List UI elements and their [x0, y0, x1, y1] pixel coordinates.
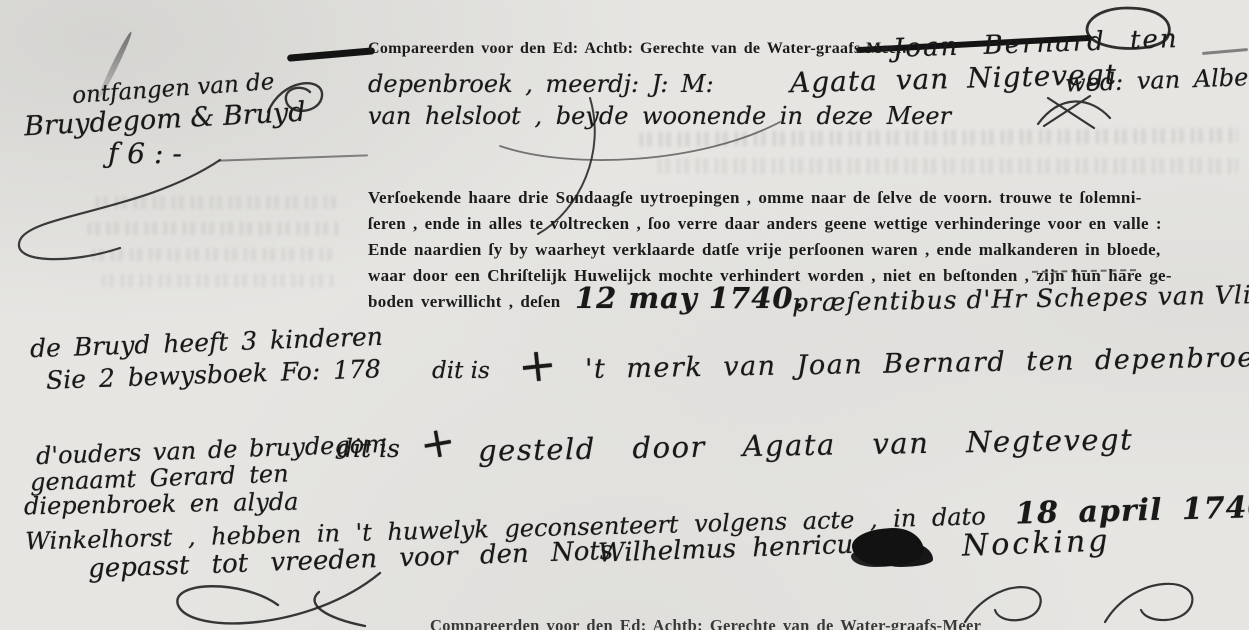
body-line-5-printed: boden verwillicht , deſen [368, 292, 561, 312]
ink-blot [852, 528, 924, 566]
bleedthrough-ghost-left-4 [102, 274, 334, 287]
body-line-2: ſeren , ende in alles te voltrecken , ſo… [368, 214, 1162, 234]
groom-name-handwritten: Joan Bernard ten [893, 24, 1180, 64]
body-line-3: Ende naardien ſy by waarheyt verklaarde … [368, 240, 1161, 260]
groom-mark-cross: + [515, 336, 559, 394]
bride-mark-text: gesteld door Agata van Negtevegt [478, 422, 1134, 467]
header-line2-widow-of: wed: van Albert [1065, 62, 1249, 97]
body-line-1: Verſoekende haare drie Sondaagſe uytroep… [368, 188, 1142, 208]
groom-mark-prefix: dit is [432, 358, 490, 384]
printed-intro-line: Compareerden voor den Ed: Achtb: Gerecht… [368, 40, 907, 58]
trailing-dash-after-ten [1202, 48, 1248, 55]
heavy-dash-before-intro [287, 47, 375, 62]
margin-fee-note-line2: Bruydegom & Bruyd [23, 97, 306, 143]
header-line2-groom-surname: depenbroek , meerdj: J: M: [368, 70, 714, 98]
trailing-line-after-fee [218, 154, 368, 161]
cutoff-signature-flourish [955, 582, 1245, 628]
groom-mark-text: 't merk van Joan Bernard ten depenbroek [585, 342, 1249, 385]
bride-mark-cross: + [416, 415, 459, 469]
header-line3-residence: van helsloot , beyde woonende in deze Me… [368, 102, 951, 130]
cutoff-opening-swash [295, 588, 375, 630]
document-scan: ontfangen van de Bruydegom & Bruyd ƒ 6 :… [0, 0, 1249, 630]
bottom-cutoff-printed-fragment: Compareerden voor den Ed: Achtb: Gerecht… [430, 616, 981, 630]
consent-line2-surname: Nocking [961, 523, 1111, 563]
margin-fee-note-amount: ƒ 6 : - [108, 137, 182, 170]
banns-date-handwritten: 12 may 1740. [575, 281, 805, 315]
